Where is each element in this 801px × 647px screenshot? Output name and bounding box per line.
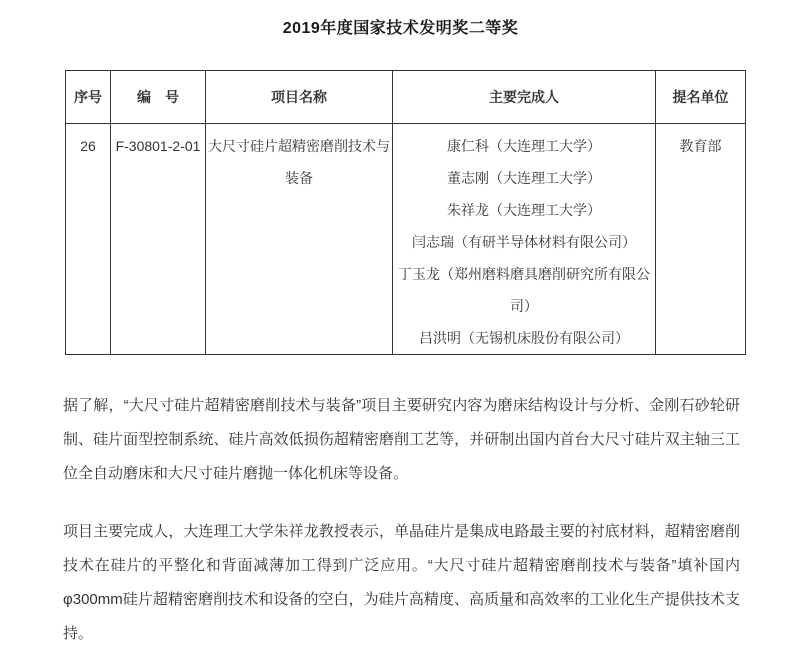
col-header-completers: 主要完成人 bbox=[393, 71, 656, 124]
col-header-code: 编 号 bbox=[111, 71, 206, 124]
table-row: 26 F-30801-2-01 大尺寸硅片超精密磨削技术与装备 康仁科（大连理工… bbox=[66, 124, 746, 355]
completer-item: 丁玉龙（郑州磨料磨具磨削研究所有限公司） bbox=[397, 258, 651, 322]
cell-project-code: F-30801-2-01 bbox=[111, 124, 206, 355]
completer-item: 闫志瑞（有研半导体材料有限公司） bbox=[397, 226, 651, 258]
completer-item: 董志刚（大连理工大学） bbox=[397, 162, 651, 194]
article-body: 据了解，“大尺寸硅片超精密磨削技术与装备”项目主要研究内容为磨床结构设计与分析、… bbox=[63, 389, 740, 647]
cell-nominating-unit: 教育部 bbox=[656, 124, 746, 355]
col-header-index: 序号 bbox=[66, 71, 111, 124]
cell-project-name: 大尺寸硅片超精密磨削技术与装备 bbox=[206, 124, 393, 355]
table-header-row: 序号 编 号 项目名称 主要完成人 提名单位 bbox=[66, 71, 746, 124]
cell-row-index: 26 bbox=[66, 124, 111, 355]
article-paragraph-1: 据了解，“大尺寸硅片超精密磨削技术与装备”项目主要研究内容为磨床结构设计与分析、… bbox=[63, 389, 740, 491]
award-table: 序号 编 号 项目名称 主要完成人 提名单位 26 F-30801-2-01 大… bbox=[65, 70, 746, 355]
completer-item: 康仁科（大连理工大学） bbox=[397, 130, 651, 162]
page-title: 2019年度国家技术发明奖二等奖 bbox=[0, 0, 801, 38]
col-header-nominator: 提名单位 bbox=[656, 71, 746, 124]
col-header-project: 项目名称 bbox=[206, 71, 393, 124]
document-page: 2019年度国家技术发明奖二等奖 序号 编 号 项目名称 主要完成人 提名单位 … bbox=[0, 0, 801, 647]
completer-item: 朱祥龙（大连理工大学） bbox=[397, 194, 651, 226]
completer-item: 吕洪明（无锡机床股份有限公司） bbox=[397, 322, 651, 354]
cell-completers: 康仁科（大连理工大学） 董志刚（大连理工大学） 朱祥龙（大连理工大学） 闫志瑞（… bbox=[393, 124, 656, 355]
article-paragraph-2: 项目主要完成人，大连理工大学朱祥龙教授表示，单晶硅片是集成电路最主要的衬底材料，… bbox=[63, 515, 740, 647]
